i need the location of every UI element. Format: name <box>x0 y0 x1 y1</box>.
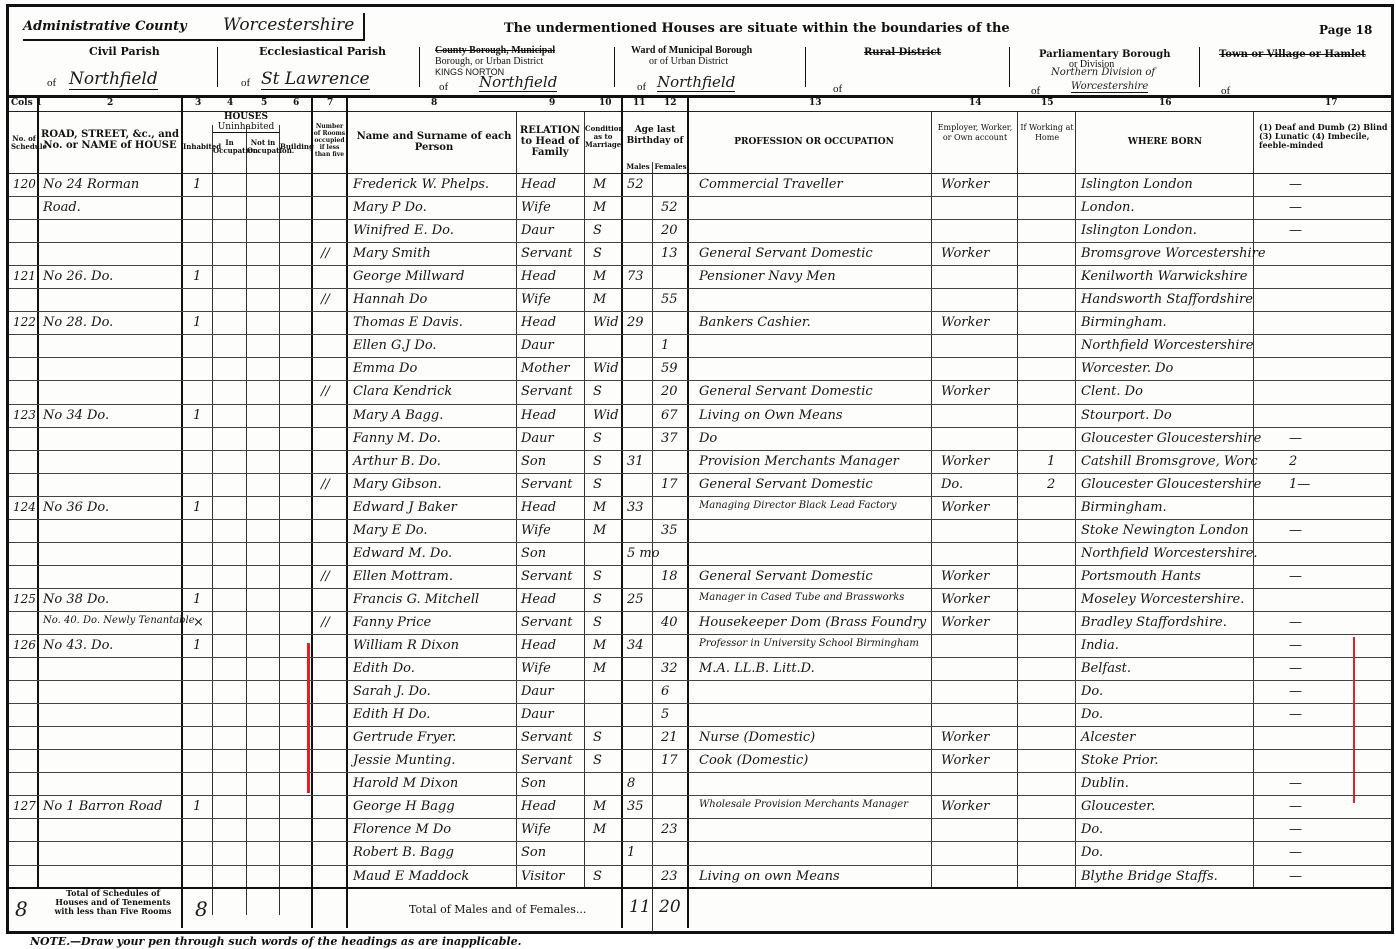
row-name: George Millward <box>353 269 464 284</box>
row-female-age: 20 <box>661 384 678 399</box>
row-condition: M <box>593 638 606 653</box>
row-infirmity: 1— <box>1289 477 1310 492</box>
row-name: Mary E Do. <box>353 523 428 538</box>
row-schedule: 121 <box>13 269 36 283</box>
row-female-age: 32 <box>661 661 678 676</box>
row-divider <box>9 565 1391 566</box>
row-name: Clara Kendrick <box>353 384 452 399</box>
col-num: 17 <box>1325 98 1338 108</box>
row-male-age: 35 <box>627 799 644 814</box>
col-num: Cols 1 <box>11 98 42 108</box>
row-address: No 36 Do. <box>43 500 109 515</box>
females-total: 20 <box>659 897 681 917</box>
row-divider <box>9 288 1391 289</box>
row-infirmity: — <box>1289 661 1302 676</box>
row-employer: Worker <box>941 454 989 469</box>
row-inhabited: 1 <box>193 177 201 192</box>
col-num: 2 <box>107 98 113 108</box>
row-male-age: 25 <box>627 592 644 607</box>
row-name: Ellen G.J Do. <box>353 338 437 353</box>
row-occupation: Housekeeper Dom (Brass Foundry <box>699 615 926 630</box>
ward-value: Northfield <box>657 73 735 92</box>
row-rooms: // <box>321 477 330 492</box>
row-divider <box>9 772 1391 773</box>
row-born: Gloucester. <box>1081 799 1155 814</box>
row-relation: Head <box>521 500 556 515</box>
row-infirmity: — <box>1289 431 1302 446</box>
row-name: Fanny Price <box>353 615 431 630</box>
row-home: 2 <box>1047 477 1055 492</box>
row-relation: Son <box>521 546 546 561</box>
row-divider <box>9 703 1391 704</box>
row-occupation: Managing Director Black Lead Factory <box>699 500 896 511</box>
of-label: of <box>439 81 448 93</box>
houses-total: 8 <box>195 897 208 921</box>
row-name: Francis G. Mitchell <box>353 592 479 607</box>
row-relation: Wife <box>521 292 551 307</box>
row-schedule: 127 <box>13 799 36 813</box>
ward-label-2: or of Urban District <box>649 56 728 67</box>
intro-text: The undermentioned Houses are situate wi… <box>504 21 1010 36</box>
row-male-age: 8 <box>627 776 635 791</box>
row-born: Moseley Worcestershire. <box>1081 592 1244 607</box>
row-born: Handsworth Staffordshire <box>1081 292 1253 307</box>
col-num: 7 <box>327 98 333 108</box>
row-female-age: 23 <box>661 822 678 837</box>
row-employer: Worker <box>941 753 989 768</box>
row-divider <box>9 795 1391 796</box>
of-label: of <box>637 81 646 93</box>
col-num: 16 <box>1159 98 1172 108</box>
header-inhabited: Inhabited <box>183 143 211 151</box>
row-male-age: 1 <box>627 845 635 860</box>
row-name: Frederick W. Phelps. <box>353 177 489 192</box>
row-condition: M <box>593 822 606 837</box>
row-divider <box>9 219 1391 220</box>
row-relation: Daur <box>521 223 554 238</box>
row-infirmity: — <box>1289 523 1302 538</box>
row-divider <box>9 357 1391 358</box>
county-borough-label-1: County Borough, Municipal <box>435 45 555 56</box>
row-female-age: 21 <box>661 730 678 745</box>
row-occupation: Bankers Cashier. <box>699 315 811 330</box>
row-relation: Servant <box>521 569 573 584</box>
row-born: Bradley Staffordshire. <box>1081 615 1227 630</box>
header-name: Name and Surname of each Person <box>354 131 514 153</box>
row-born: Bromsgrove Worcestershire <box>1081 246 1266 261</box>
row-relation: Son <box>521 454 546 469</box>
row-infirmity: — <box>1289 684 1302 699</box>
parl-borough-value-1: Northern Division of <box>1051 67 1155 78</box>
row-divider <box>9 334 1391 335</box>
row-male-age: 5 mo <box>627 546 660 561</box>
row-employer: Worker <box>941 569 989 584</box>
ward-label-1: Ward of Municipal Borough <box>631 45 752 56</box>
civil-parish-label: Civil Parish <box>89 45 160 58</box>
row-born: Alcester <box>1081 730 1135 745</box>
parl-borough-value-2: Worcestershire <box>1071 81 1148 93</box>
row-address: No 28. Do. <box>43 315 113 330</box>
row-male-age: 31 <box>627 454 644 469</box>
row-relation: Wife <box>521 200 551 215</box>
row-divider <box>9 680 1391 681</box>
row-female-age: 55 <box>661 292 678 307</box>
row-relation: Head <box>521 799 556 814</box>
row-divider <box>9 542 1391 543</box>
page-number: Page 18 <box>1319 23 1372 37</box>
row-home: 1 <box>1047 454 1055 469</box>
row-relation: Head <box>521 592 556 607</box>
persons-total-label: Total of Males and of Females... <box>409 903 586 916</box>
row-divider <box>9 242 1391 243</box>
row-occupation: Living on own Means <box>699 869 840 884</box>
row-born: Do. <box>1081 822 1103 837</box>
row-infirmity: — <box>1289 707 1302 722</box>
row-female-age: 17 <box>661 477 678 492</box>
row-relation: Visitor <box>521 869 564 884</box>
row-divider <box>9 726 1391 727</box>
row-condition: S <box>593 384 602 399</box>
row-female-age: 35 <box>661 523 678 538</box>
row-divider <box>9 404 1391 405</box>
row-employer: Worker <box>941 592 989 607</box>
row-condition: M <box>593 661 606 676</box>
row-name: Edith Do. <box>353 661 415 676</box>
row-name: Edith H Do. <box>353 707 430 722</box>
row-occupation: General Servant Domestic <box>699 384 873 399</box>
header-females: Females <box>654 163 687 171</box>
header-not-in-occupation: Not in Occupation. <box>247 139 279 155</box>
row-name: William R Dixon <box>353 638 459 653</box>
row-condition: S <box>593 246 602 261</box>
row-relation: Wife <box>521 822 551 837</box>
admin-county-box: Administrative County Worcestershire <box>23 13 365 41</box>
row-relation: Servant <box>521 384 573 399</box>
row-address: No 1 Barron Road <box>43 799 163 814</box>
of-label: of <box>241 77 250 89</box>
col-num: 11 <box>633 98 646 108</box>
row-relation: Head <box>521 408 556 423</box>
row-name: Mary Smith <box>353 246 431 261</box>
col-num: 5 <box>261 98 267 108</box>
row-relation: Son <box>521 845 546 860</box>
row-relation: Servant <box>521 753 573 768</box>
row-female-age: 23 <box>661 869 678 884</box>
row-condition: S <box>593 592 602 607</box>
row-male-age: 52 <box>627 177 644 192</box>
row-male-age: 73 <box>627 269 644 284</box>
row-occupation: General Servant Domestic <box>699 477 873 492</box>
row-divider <box>9 473 1391 474</box>
row-divider <box>9 634 1391 635</box>
row-divider <box>9 611 1391 612</box>
row-relation: Servant <box>521 730 573 745</box>
row-born: London. <box>1081 200 1135 215</box>
row-rooms: // <box>321 615 330 630</box>
row-infirmity: — <box>1289 869 1302 884</box>
header-home: If Working at Home <box>1019 123 1075 143</box>
col-num: 3 <box>195 98 201 108</box>
row-condition: Wid <box>593 408 619 423</box>
row-relation: Daur <box>521 684 554 699</box>
row-schedule: 122 <box>13 315 36 329</box>
row-born: Do. <box>1081 845 1103 860</box>
header-building: Building <box>280 143 311 151</box>
row-occupation: Do <box>699 431 717 446</box>
row-inhabited: 1 <box>193 592 201 607</box>
row-infirmity: — <box>1289 799 1302 814</box>
row-schedule: 123 <box>13 408 36 422</box>
row-born: Northfield Worcestershire. <box>1081 546 1258 561</box>
row-inhabited: 1 <box>193 638 201 653</box>
row-relation: Servant <box>521 246 573 261</box>
footnote: NOTE.—Draw your pen through such words o… <box>30 935 521 948</box>
row-divider <box>9 841 1391 842</box>
row-born: Kenilworth Warwickshire <box>1081 269 1247 284</box>
red-marker-line <box>1353 637 1355 803</box>
row-occupation: Cook (Domestic) <box>699 753 808 768</box>
row-schedule: 125 <box>13 592 36 606</box>
row-born: Catshill Bromsgrove, Worc <box>1081 454 1258 469</box>
row-born: Stourport. Do <box>1081 408 1172 423</box>
row-relation: Wife <box>521 523 551 538</box>
row-born: Do. <box>1081 684 1103 699</box>
row-infirmity: — <box>1289 776 1302 791</box>
admin-county-value: Worcestershire <box>223 15 354 35</box>
row-inhabited: 1 <box>193 269 201 284</box>
row-condition: S <box>593 431 602 446</box>
schedules-total-label: Total of Schedules of Houses and of Tene… <box>49 889 177 916</box>
row-name: Ellen Mottram. <box>353 569 453 584</box>
row-occupation: Living on Own Means <box>699 408 843 423</box>
header-in-occupation: In Occupation. <box>213 139 246 155</box>
row-condition: S <box>593 223 602 238</box>
row-born: Stoke Newington London <box>1081 523 1249 538</box>
col-num: 8 <box>431 98 437 108</box>
census-page: Administrative County Worcestershire The… <box>6 4 1394 934</box>
row-employer: Worker <box>941 799 989 814</box>
row-relation: Wife <box>521 661 551 676</box>
row-relation: Head <box>521 638 556 653</box>
row-condition: M <box>593 177 606 192</box>
row-female-age: 67 <box>661 408 678 423</box>
row-rooms: // <box>321 292 330 307</box>
row-condition: S <box>593 477 602 492</box>
row-name: Emma Do <box>353 361 417 376</box>
row-name: Edward J Baker <box>353 500 457 515</box>
row-address: No. 40. Do. Newly Tenantable <box>43 615 195 626</box>
row-born: Stoke Prior. <box>1081 753 1159 768</box>
row-infirmity: — <box>1289 845 1302 860</box>
row-employer: Worker <box>941 384 989 399</box>
row-divider <box>9 265 1391 266</box>
row-male-age: 33 <box>627 500 644 515</box>
row-infirmity: 2 <box>1289 454 1297 469</box>
row-condition: M <box>593 200 606 215</box>
row-condition: S <box>593 869 602 884</box>
row-divider <box>9 380 1391 381</box>
row-rooms: // <box>321 384 330 399</box>
row-female-age: 1 <box>661 338 669 353</box>
county-borough-label-2: Borough, or Urban District <box>435 56 543 67</box>
row-infirmity: — <box>1289 177 1302 192</box>
row-divider <box>9 427 1391 428</box>
row-divider <box>9 588 1391 589</box>
row-schedule: 126 <box>13 638 36 652</box>
row-condition: S <box>593 454 602 469</box>
row-occupation: Professor in University School Birmingha… <box>699 638 919 649</box>
row-employer: Worker <box>941 730 989 745</box>
row-address: No 24 Rorman <box>43 177 139 192</box>
civil-parish-value: Northfield <box>69 69 158 90</box>
row-relation: Daur <box>521 707 554 722</box>
row-divider <box>9 519 1391 520</box>
row-infirmity: — <box>1289 569 1302 584</box>
admin-county-label: Administrative County <box>23 19 187 34</box>
of-label: of <box>833 83 842 95</box>
eccl-parish-value: St Lawrence <box>261 69 370 90</box>
row-condition: M <box>593 292 606 307</box>
header-males: Males <box>623 163 653 171</box>
row-name: Sarah J. Do. <box>353 684 431 699</box>
row-name: Maud E Maddock <box>353 869 469 884</box>
row-divider <box>9 749 1391 750</box>
header-employer: Employer, Worker, or Own account <box>933 123 1017 143</box>
row-inhabited: 1 <box>193 799 201 814</box>
row-divider <box>9 865 1391 866</box>
row-rooms: // <box>321 569 330 584</box>
row-infirmity: — <box>1289 638 1302 653</box>
row-infirmity: — <box>1289 615 1302 630</box>
row-occupation: M.A. LL.B. Litt.D. <box>699 661 815 676</box>
header-occupation: PROFESSION OR OCCUPATION <box>699 137 929 147</box>
row-inhabited: 1 <box>193 408 201 423</box>
row-schedule: 124 <box>13 500 36 514</box>
row-name: Thomas E Davis. <box>353 315 463 330</box>
row-born: Clent. Do <box>1081 384 1143 399</box>
schedules-total: 8 <box>15 897 28 921</box>
row-divider <box>9 496 1391 497</box>
row-born: Gloucester Gloucestershire <box>1081 477 1261 492</box>
row-infirmity: — <box>1289 822 1302 837</box>
header-road: ROAD, STREET, &c., and No. or NAME of HO… <box>41 129 179 151</box>
header-infirmity: (1) Deaf and Dumb (2) Blind (3) Lunatic … <box>1259 123 1391 150</box>
row-condition: M <box>593 799 606 814</box>
row-employer: Worker <box>941 315 989 330</box>
row-relation: Daur <box>521 431 554 446</box>
row-occupation: Provision Merchants Manager <box>699 454 899 469</box>
row-name: Arthur B. Do. <box>353 454 441 469</box>
row-name: George H Bagg <box>353 799 455 814</box>
col-num: 15 <box>1041 98 1054 108</box>
row-condition: S <box>593 615 602 630</box>
row-born: Worcester. Do <box>1081 361 1173 376</box>
row-occupation: Nurse (Domestic) <box>699 730 815 745</box>
row-condition: S <box>593 569 602 584</box>
row-condition: M <box>593 500 606 515</box>
town-label: Town or Village or Hamlet <box>1219 49 1366 60</box>
col-num: 13 <box>809 98 822 108</box>
males-total: 11 <box>629 897 651 917</box>
row-relation: Mother <box>521 361 570 376</box>
of-label: of <box>47 77 56 89</box>
row-female-age: 52 <box>661 200 678 215</box>
row-infirmity: — <box>1289 223 1302 238</box>
county-borough-value: Northfield <box>479 73 557 92</box>
row-inhabited: 1 <box>193 315 201 330</box>
header-born: WHERE BORN <box>1077 137 1253 147</box>
row-condition: M <box>593 523 606 538</box>
row-male-age: 34 <box>627 638 644 653</box>
row-name: Jessie Munting. <box>353 753 456 768</box>
row-relation: Son <box>521 776 546 791</box>
header-houses: HOUSES <box>183 112 309 122</box>
row-born: Birmingham. <box>1081 500 1167 515</box>
header-uninhabited: Uninhabited <box>213 122 279 133</box>
row-born: Islington London. <box>1081 223 1197 238</box>
col-num: 10 <box>599 98 612 108</box>
col-num: 14 <box>969 98 982 108</box>
row-schedule: 120 <box>13 177 36 191</box>
red-marker-line <box>307 643 310 793</box>
row-name: Winifred E. Do. <box>353 223 454 238</box>
row-divider <box>9 196 1391 197</box>
row-female-age: 20 <box>661 223 678 238</box>
header-age: Age last Birthday of <box>623 125 687 147</box>
location-header: Civil Parish of Northfield Ecclesiastica… <box>9 43 1391 97</box>
row-relation: Head <box>521 315 556 330</box>
row-name: Mary A Bagg. <box>353 408 443 423</box>
row-employer: Worker <box>941 500 989 515</box>
row-employer: Worker <box>941 177 989 192</box>
eccl-parish-label: Ecclesiastical Parish <box>259 45 386 58</box>
row-address: No 26. Do. <box>43 269 113 284</box>
row-female-age: 6 <box>661 684 669 699</box>
row-female-age: 17 <box>661 753 678 768</box>
col-num: 6 <box>293 98 299 108</box>
row-condition: S <box>593 730 602 745</box>
row-relation: Servant <box>521 615 573 630</box>
row-occupation: General Servant Domestic <box>699 246 873 261</box>
row-condition: M <box>593 269 606 284</box>
row-occupation: Pensioner Navy Men <box>699 269 836 284</box>
row-employer: Worker <box>941 615 989 630</box>
row-relation: Servant <box>521 477 573 492</box>
row-name: Hannah Do <box>353 292 427 307</box>
row-female-age: 40 <box>661 615 678 630</box>
row-occupation: General Servant Domestic <box>699 569 873 584</box>
col-num: 4 <box>227 98 233 108</box>
row-name: Robert B. Bagg <box>353 845 454 860</box>
row-female-age: 13 <box>661 246 678 261</box>
row-address: No 43. Do. <box>43 638 113 653</box>
row-female-age: 5 <box>661 707 669 722</box>
row-rooms: // <box>321 246 330 261</box>
row-name: Mary P Do. <box>353 200 427 215</box>
row-female-age: 59 <box>661 361 678 376</box>
header-schedule: No. of Schedule <box>11 135 37 151</box>
row-relation: Head <box>521 177 556 192</box>
row-born: Portsmouth Hants <box>1081 569 1201 584</box>
row-address: Road. <box>43 200 81 215</box>
row-name: Fanny M. Do. <box>353 431 441 446</box>
row-divider <box>9 657 1391 658</box>
col-num: 12 <box>664 98 677 108</box>
row-infirmity: — <box>1289 200 1302 215</box>
row-born: Dublin. <box>1081 776 1129 791</box>
row-address: No 34 Do. <box>43 408 109 423</box>
row-divider <box>9 311 1391 312</box>
